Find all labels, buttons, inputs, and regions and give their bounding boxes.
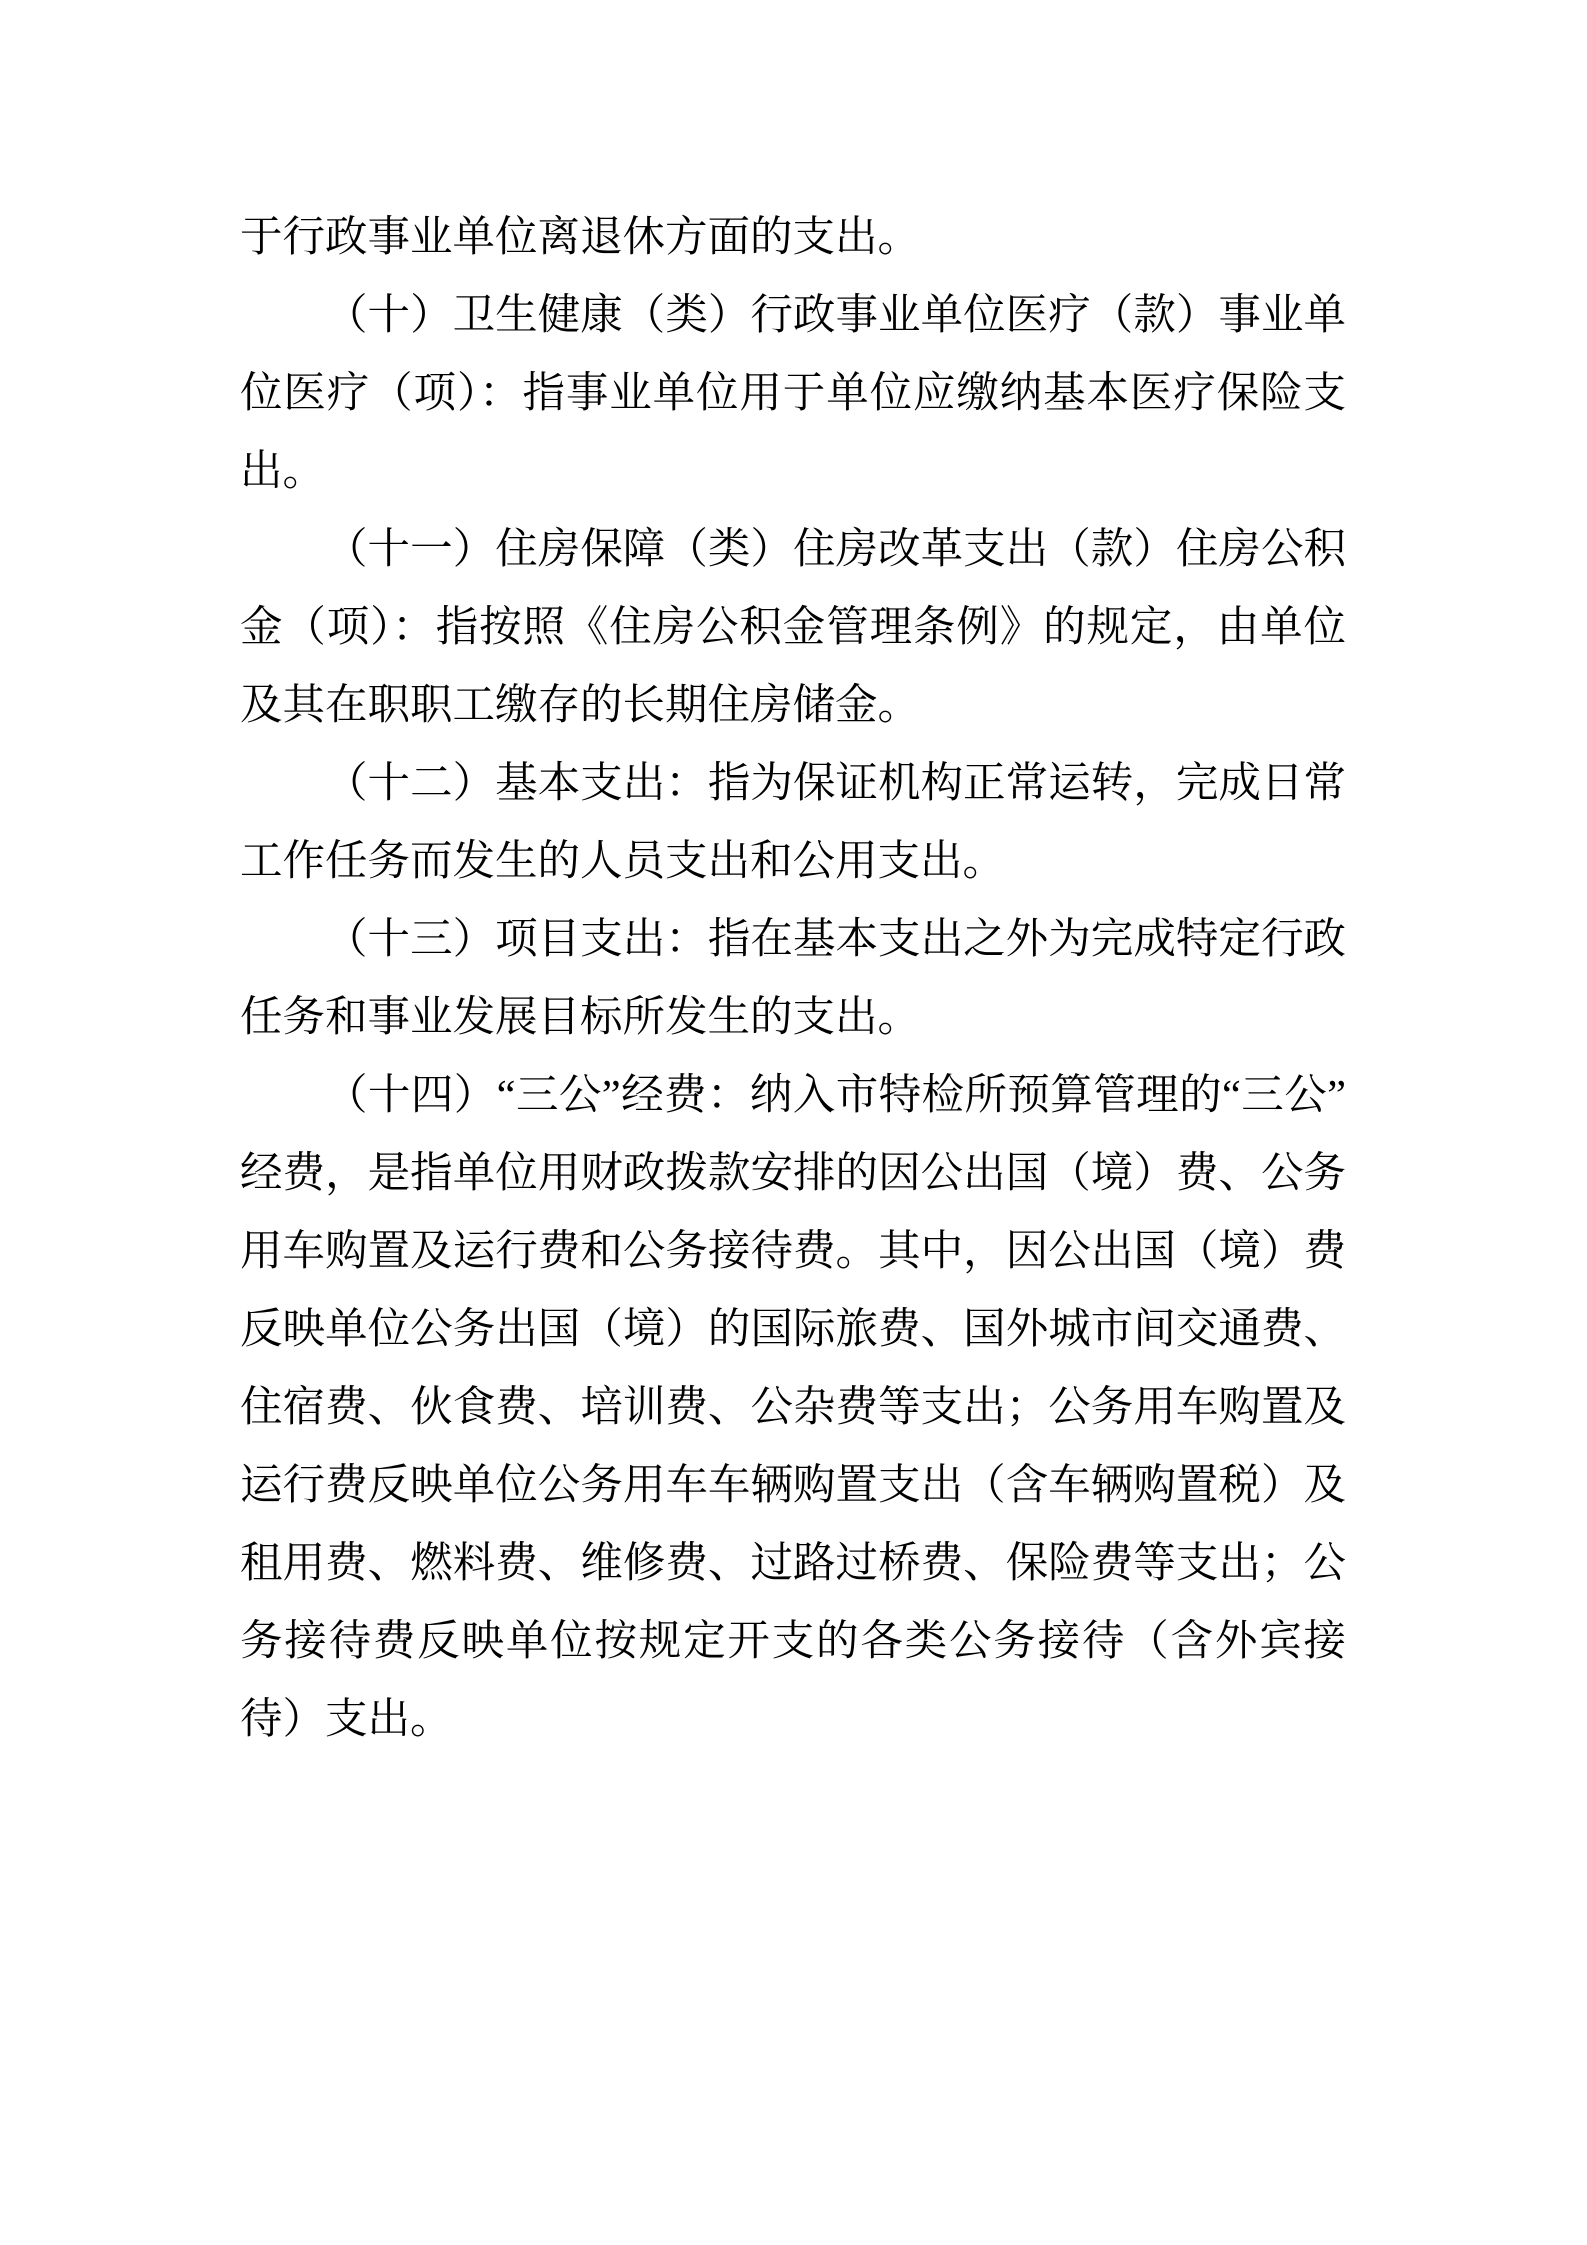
text-line: 于行政事业单位离退休方面的支出。 [240, 199, 1346, 277]
text-line: （十）卫生健康（类）行政事业单位医疗（款）事业单 [240, 277, 1346, 355]
text-line: 及其在职职工缴存的长期住房储金。 [240, 667, 1346, 745]
text-line: 位医疗（项）：指事业单位用于单位应缴纳基本医疗保险支 [240, 355, 1346, 433]
text-line: （十二）基本支出：指为保证机构正常运转，完成日常 [240, 745, 1346, 823]
document-page: 于行政事业单位离退休方面的支出。（十）卫生健康（类）行政事业单位医疗（款）事业单… [0, 0, 1587, 2245]
text-line: 任务和事业发展目标所发生的支出。 [240, 979, 1346, 1057]
text-line: 出。 [240, 433, 1346, 511]
text-line: 住宿费、伙食费、培训费、公杂费等支出；公务用车购置及 [240, 1369, 1346, 1447]
text-line: 用车购置及运行费和公务接待费。其中，因公出国（境）费 [240, 1213, 1346, 1291]
text-line: 待）支出。 [240, 1681, 1346, 1759]
text-line: 租用费、燃料费、维修费、过路过桥费、保险费等支出；公 [240, 1525, 1346, 1603]
text-line: （十四）“三公”经费：纳入市特检所预算管理的“三公” [240, 1057, 1346, 1135]
document-text-block: 于行政事业单位离退休方面的支出。（十）卫生健康（类）行政事业单位医疗（款）事业单… [240, 199, 1346, 1759]
text-line: 工作任务而发生的人员支出和公用支出。 [240, 823, 1346, 901]
text-line: 金（项）：指按照《住房公积金管理条例》的规定，由单位 [240, 589, 1346, 667]
text-line: 反映单位公务出国（境）的国际旅费、国外城市间交通费、 [240, 1291, 1346, 1369]
text-line: 务接待费反映单位按规定开支的各类公务接待（含外宾接 [240, 1603, 1346, 1681]
text-line: 经费，是指单位用财政拨款安排的因公出国（境）费、公务 [240, 1135, 1346, 1213]
text-line: （十三）项目支出：指在基本支出之外为完成特定行政 [240, 901, 1346, 979]
text-line: （十一）住房保障（类）住房改革支出（款）住房公积 [240, 511, 1346, 589]
text-line: 运行费反映单位公务用车车辆购置支出（含车辆购置税）及 [240, 1447, 1346, 1525]
